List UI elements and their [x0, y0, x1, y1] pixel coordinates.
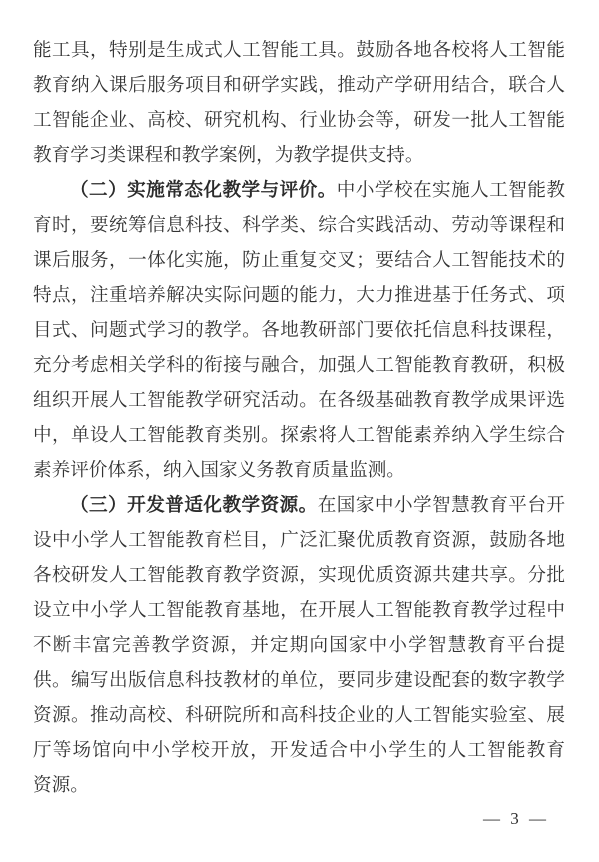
text-line: 工智能企业、高校、研究机构、行业协会等，研发一批人工智能: [33, 103, 565, 138]
text-line-paragraph-end: 资源。: [33, 768, 565, 803]
text-line: 设立中小学人工智能教育基地，在开展人工智能教育教学过程中: [33, 593, 565, 628]
section-heading-line-3: （三）开发普适化教学资源。在国家中小学智慧教育平台开: [33, 488, 565, 523]
section-heading-line-2: （二）实施常态化教学与评价。中小学校在实施人工智能教: [33, 173, 565, 208]
text-line: 中，单设人工智能教育类别。探索将人工智能素养纳入学生综合: [33, 418, 565, 453]
text-run: 在国家中小学智慧教育平台开: [318, 495, 565, 516]
text-line: 组织开展人工智能教学研究活动。在各级基础教育教学成果评选: [33, 383, 565, 418]
text-line: 教育纳入课后服务项目和研学实践，推动产学研用结合，联合人: [33, 68, 565, 103]
text-line: 特点，注重培养解决实际问题的能力，大力推进基于任务式、项: [33, 278, 565, 313]
text-line: 不断丰富完善教学资源，并定期向国家中小学智慧教育平台提: [33, 628, 565, 663]
text-line: 能工具，特别是生成式人工智能工具。鼓励各地各校将人工智能: [33, 33, 565, 68]
text-line: 育时，要统筹信息科技、科学类、综合实践活动、劳动等课程和: [33, 208, 565, 243]
text-run: 中小学校在实施人工智能教: [337, 180, 565, 201]
text-line: 资源。推动高校、科研院所和高科技企业的人工智能实验室、展: [33, 698, 565, 733]
text-line: 供。编写出版信息科技教材的单位，要同步建设配套的数字教学: [33, 663, 565, 698]
section-heading-2-label: （二）实施常态化教学与评价。: [70, 180, 337, 201]
text-line: 课后服务，一体化实施，防止重复交叉；要结合人工智能技术的: [33, 243, 565, 278]
document-page: 能工具，特别是生成式人工智能工具。鼓励各地各校将人工智能 教育纳入课后服务项目和…: [0, 0, 599, 862]
text-line-paragraph-end: 教育学习类课程和教学案例，为教学提供支持。: [33, 138, 565, 173]
section-heading-3-label: （三）开发普适化教学资源。: [70, 495, 318, 516]
text-line: 设中小学人工智能教育栏目，广泛汇聚优质教育资源，鼓励各地: [33, 523, 565, 558]
text-line: 厅等场馆向中小学校开放，开发适合中小学生的人工智能教育: [33, 733, 565, 768]
text-line: 各校研发人工智能教育教学资源，实现优质资源共建共享。分批: [33, 558, 565, 593]
text-line: 充分考虑相关学科的衔接与融合，加强人工智能教育教研，积极: [33, 348, 565, 383]
document-text-block: 能工具，特别是生成式人工智能工具。鼓励各地各校将人工智能 教育纳入课后服务项目和…: [33, 33, 565, 803]
text-line-paragraph-end: 素养评价体系，纳入国家义务教育质量监测。: [33, 453, 565, 488]
page-number: — 3 —: [483, 809, 549, 829]
text-line: 目式、问题式学习的教学。各地教研部门要依托信息科技课程，: [33, 313, 565, 348]
